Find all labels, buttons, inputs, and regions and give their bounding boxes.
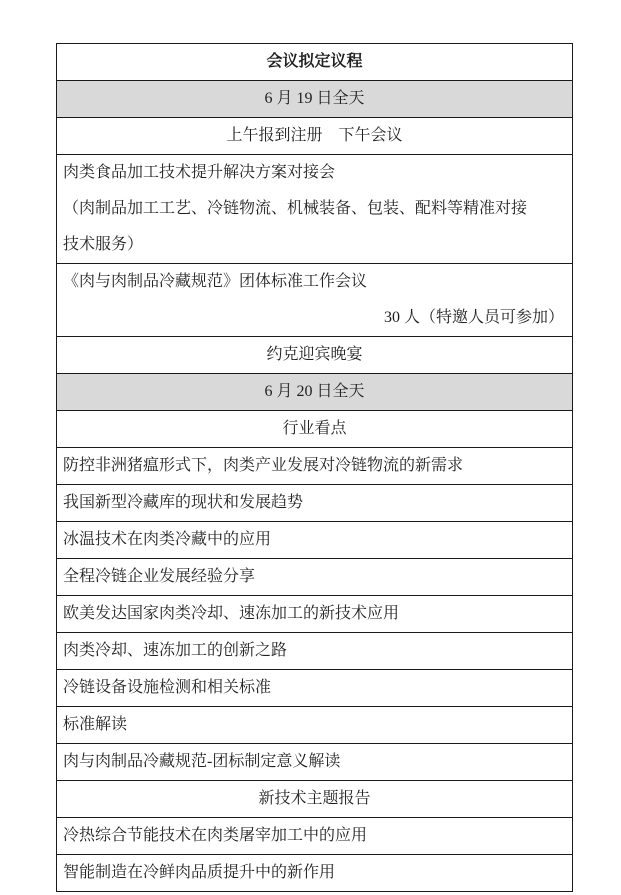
agenda-cell: 全程冷链企业发展经验分享 [57, 559, 573, 596]
table-row: 我国新型冷藏库的现状和发展趋势 [57, 485, 573, 522]
table-row: 会议拟定议程 [57, 44, 573, 81]
table-row: 约克迎宾晚宴 [57, 337, 573, 374]
row-text: 肉类冷却、速冻加工的创新之路 [63, 633, 566, 669]
row-text: 冷链设备设施检测和相关标准 [63, 670, 566, 706]
row-text: 行业看点 [63, 411, 566, 447]
agenda-cell: 约克迎宾晚宴 [57, 337, 573, 374]
capacity-note: 30 人（特邀人员可参加） [63, 300, 566, 336]
agenda-title-cell: 会议拟定议程 [57, 44, 573, 81]
table-row: 上午报到注册 下午会议 [57, 118, 573, 155]
agenda-cell: 肉与肉制品冷藏规范-团标制定意义解读 [57, 744, 573, 781]
row-text: 《肉与肉制品冷藏规范》团体标准工作会议 [63, 264, 566, 300]
agenda-table: 会议拟定议程6 月 19 日全天上午报到注册 下午会议肉类食品加工技术提升解决方… [56, 43, 573, 892]
document-page: 会议拟定议程6 月 19 日全天上午报到注册 下午会议肉类食品加工技术提升解决方… [0, 0, 621, 895]
agenda-cell: 标准解读 [57, 707, 573, 744]
row-text: 约克迎宾晚宴 [63, 337, 566, 373]
agenda-cell: 智能制造在冷鲜肉品质提升中的新作用 [57, 855, 573, 892]
table-row: 防控非洲猪瘟形式下，肉类产业发展对冷链物流的新需求 [57, 448, 573, 485]
row-text: 新技术主题报告 [63, 781, 566, 817]
table-row: 肉与肉制品冷藏规范-团标制定意义解读 [57, 744, 573, 781]
table-row: 冷链设备设施检测和相关标准 [57, 670, 573, 707]
row-text: 欧美发达国家肉类冷却、速冻加工的新技术应用 [63, 596, 566, 632]
row-text: 全程冷链企业发展经验分享 [63, 559, 566, 595]
agenda-cell: 肉类冷却、速冻加工的创新之路 [57, 633, 573, 670]
row-text: 肉与肉制品冷藏规范-团标制定意义解读 [63, 744, 566, 780]
row-text: 我国新型冷藏库的现状和发展趋势 [63, 485, 566, 521]
row-text: 标准解读 [63, 707, 566, 743]
row-text: 冷热综合节能技术在肉类屠宰加工中的应用 [63, 818, 566, 854]
agenda-cell: 6 月 20 日全天 [57, 374, 573, 411]
table-row: 新技术主题报告 [57, 781, 573, 818]
agenda-cell: 《肉与肉制品冷藏规范》团体标准工作会议30 人（特邀人员可参加） [57, 264, 573, 337]
row-text: 上午报到注册 下午会议 [63, 118, 566, 154]
table-row: 6 月 19 日全天 [57, 81, 573, 118]
table-row: 标准解读 [57, 707, 573, 744]
agenda-cell: 我国新型冷藏库的现状和发展趋势 [57, 485, 573, 522]
table-row: 全程冷链企业发展经验分享 [57, 559, 573, 596]
row-text: 6 月 20 日全天 [63, 374, 566, 410]
agenda-cell: 冷热综合节能技术在肉类屠宰加工中的应用 [57, 818, 573, 855]
table-row: 6 月 20 日全天 [57, 374, 573, 411]
agenda-cell: 欧美发达国家肉类冷却、速冻加工的新技术应用 [57, 596, 573, 633]
row-text: 智能制造在冷鲜肉品质提升中的新作用 [63, 855, 566, 891]
agenda-cell: 上午报到注册 下午会议 [57, 118, 573, 155]
table-row: 肉类食品加工技术提升解决方案对接会 （肉制品加工工艺、冷链物流、机械装备、包装、… [57, 155, 573, 264]
table-row: 《肉与肉制品冷藏规范》团体标准工作会议30 人（特邀人员可参加） [57, 264, 573, 337]
agenda-cell: 新技术主题报告 [57, 781, 573, 818]
page-title: 会议拟定议程 [63, 44, 566, 80]
agenda-cell: 肉类食品加工技术提升解决方案对接会 （肉制品加工工艺、冷链物流、机械装备、包装、… [57, 155, 573, 264]
agenda-cell: 6 月 19 日全天 [57, 81, 573, 118]
row-text: 防控非洲猪瘟形式下，肉类产业发展对冷链物流的新需求 [63, 448, 566, 484]
row-text: 冰温技术在肉类冷藏中的应用 [63, 522, 566, 558]
row-text: 肉类食品加工技术提升解决方案对接会 （肉制品加工工艺、冷链物流、机械装备、包装、… [63, 155, 566, 263]
table-row: 肉类冷却、速冻加工的创新之路 [57, 633, 573, 670]
table-row: 冰温技术在肉类冷藏中的应用 [57, 522, 573, 559]
table-row: 行业看点 [57, 411, 573, 448]
agenda-cell: 行业看点 [57, 411, 573, 448]
table-row: 欧美发达国家肉类冷却、速冻加工的新技术应用 [57, 596, 573, 633]
agenda-cell: 冷链设备设施检测和相关标准 [57, 670, 573, 707]
row-text: 6 月 19 日全天 [63, 81, 566, 117]
table-row: 冷热综合节能技术在肉类屠宰加工中的应用 [57, 818, 573, 855]
agenda-table-body: 会议拟定议程6 月 19 日全天上午报到注册 下午会议肉类食品加工技术提升解决方… [57, 44, 573, 892]
table-row: 智能制造在冷鲜肉品质提升中的新作用 [57, 855, 573, 892]
agenda-cell: 冰温技术在肉类冷藏中的应用 [57, 522, 573, 559]
agenda-cell: 防控非洲猪瘟形式下，肉类产业发展对冷链物流的新需求 [57, 448, 573, 485]
